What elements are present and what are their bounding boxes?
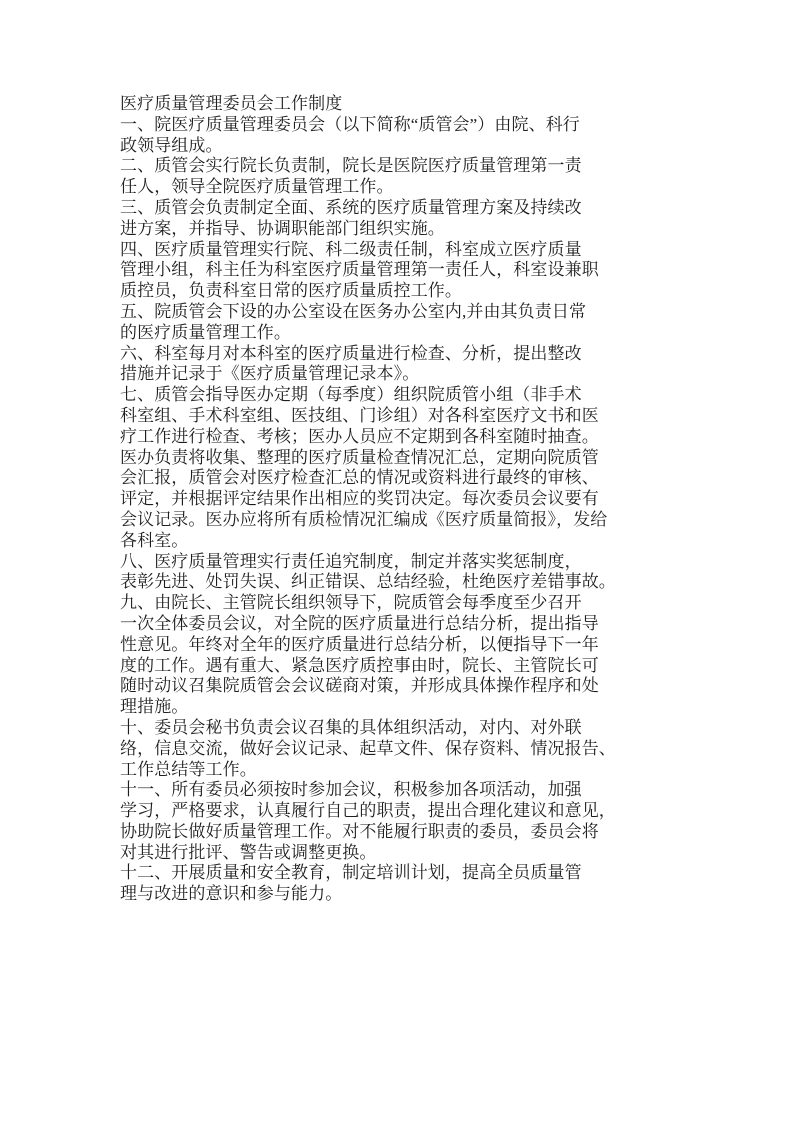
text-line: 会议记录。医办应将所有质检情况汇编成《医疗质量简报》，发给 (120, 510, 760, 531)
text-line: 会汇报，质管会对医疗检查汇总的情况或资料进行最终的审核、 (120, 468, 760, 489)
text-line: 四、医疗质量管理实行院、科二级责任制，科室成立医疗质量 (120, 240, 760, 261)
text-line: 理与改进的意识和参与能力。 (120, 884, 760, 905)
text-line: 十一、所有委员必须按时参加会议，积极参加各项活动，加强 (120, 780, 760, 801)
text-line: 评定，并根据评定结果作出相应的奖罚决定。每次委员会议要有 (120, 489, 760, 510)
text-line: 一次全体委员会议，对全院的医疗质量进行总结分析，提出指导 (120, 614, 760, 635)
text-line: 各科室。 (120, 531, 760, 552)
text-line: 的医疗质量管理工作。 (120, 323, 760, 344)
text-line: 任人，领导全院医疗质量管理工作。 (120, 177, 760, 198)
text-line: 措施并记录于《医疗质量管理记录本》。 (120, 364, 760, 385)
text-line: 质控员，负责科室日常的医疗质量质控工作。 (120, 281, 760, 302)
text-line: 对其进行批评、警告或调整更换。 (120, 843, 760, 864)
text-line: 一、院医疗质量管理委员会（以下简称“质管会”）由院、科行 (120, 115, 760, 136)
document-title: 医疗质量管理委员会工作制度 (120, 94, 760, 115)
text-line: 十二、开展质量和安全教育，制定培训计划，提高全员质量管 (120, 863, 760, 884)
text-line: 五、院质管会下设的办公室设在医务办公室内,并由其负责日常 (120, 302, 760, 323)
text-line: 协助院长做好质量管理工作。对不能履行职责的委员，委员会将 (120, 822, 760, 843)
text-line: 疗工作进行检查、考核；医办人员应不定期到各科室随时抽查。 (120, 427, 760, 448)
text-line: 度的工作。遇有重大、紧急医疗质控事由时，院长、主管院长可 (120, 656, 760, 677)
text-line: 六、科室每月对本科室的医疗质量进行检查、分析，提出整改 (120, 344, 760, 365)
text-line: 学习，严格要求，认真履行自己的职责，提出合理化建议和意见， (120, 801, 760, 822)
text-line: 二、质管会实行院长负责制，院长是医院医疗质量管理第一责 (120, 156, 760, 177)
text-line: 医办负责将收集、整理的医疗质量检查情况汇总，定期向院质管 (120, 448, 760, 469)
text-line: 工作总结等工作。 (120, 760, 760, 781)
text-line: 表彰先进、处罚失误、纠正错误、总结经验，杜绝医疗差错事故。 (120, 572, 760, 593)
text-line: 性意见。年终对全年的医疗质量进行总结分析，以便指导下一年 (120, 635, 760, 656)
text-line: 科室组、手术科室组、医技组、门诊组）对各科室医疗文书和医 (120, 406, 760, 427)
text-line: 七、质管会指导医办定期（每季度）组织院质管小组（非手术 (120, 385, 760, 406)
text-line: 政领导组成。 (120, 136, 760, 157)
document-page: 医疗质量管理委员会工作制度 一、院医疗质量管理委员会（以下简称“质管会”）由院、… (0, 0, 793, 1122)
text-line: 十、委员会秘书负责会议召集的具体组织活动，对内、对外联 (120, 718, 760, 739)
text-line: 八、医疗质量管理实行责任追究制度，制定并落实奖惩制度， (120, 552, 760, 573)
text-line: 管理小组，科主任为科室医疗质量管理第一责任人，科室设兼职 (120, 260, 760, 281)
text-line: 随时动议召集院质管会会议磋商对策，并形成具体操作程序和处 (120, 676, 760, 697)
text-line: 理措施。 (120, 697, 760, 718)
text-line: 络，信息交流，做好会议记录、起草文件、保存资料、情况报告、 (120, 739, 760, 760)
text-line: 九、由院长、主管院长组织领导下，院质管会每季度至少召开 (120, 593, 760, 614)
text-line: 进方案，并指导、协调职能部门组织实施。 (120, 219, 760, 240)
document-content: 医疗质量管理委员会工作制度 一、院医疗质量管理委员会（以下简称“质管会”）由院、… (120, 94, 760, 905)
text-line: 三、质管会负责制定全面、系统的医疗质量管理方案及持续改 (120, 198, 760, 219)
